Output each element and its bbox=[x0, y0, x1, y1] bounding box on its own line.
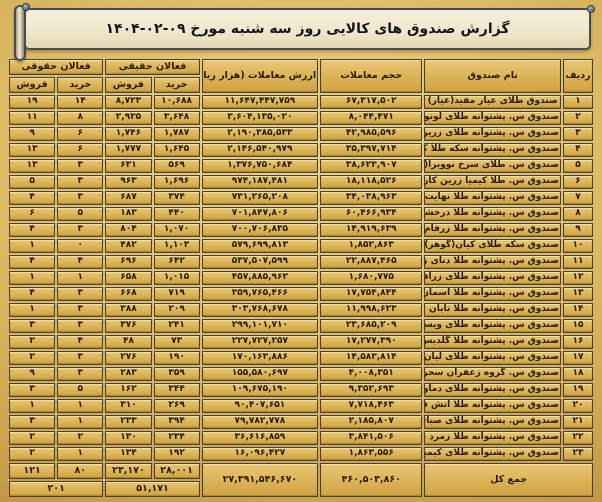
table-row: ۴ صندوق س. پشتوانه سکه طلا کهربا(کهربا) … bbox=[9, 143, 593, 157]
value-cell: ۲۲۷,۷۲۷,۲۵۷ bbox=[202, 335, 318, 349]
legal-sell-cell: ۳ bbox=[9, 415, 55, 429]
volume-cell: ۱,۸۵۲,۸۶۳ bbox=[320, 239, 422, 253]
legal-sell-cell: ۴ bbox=[9, 191, 55, 205]
volume-cell: ۲۲,۸۸۷,۴۶۵ bbox=[320, 255, 422, 269]
legal-sell-cell: ۱ bbox=[9, 239, 55, 253]
table-row: ۱۵ صندوق س. پشتوانه طلای ویستا(زروان) ۲۳… bbox=[9, 319, 593, 333]
table-row: ۱۹ صندوق س. پشتوانه طلای دماوند(قیراط) ۹… bbox=[9, 383, 593, 397]
value-cell: ۱۵۵,۵۸۰,۶۹۷ bbox=[202, 367, 318, 381]
real-sell-cell: ۳۱۰ bbox=[105, 399, 151, 413]
fund-name-cell: صندوق س. پشتوانه طلای صبا(نفیس) bbox=[424, 415, 560, 429]
legal-buy-cell: ۳ bbox=[57, 351, 103, 365]
value-cell: ۵۷۹,۶۹۹,۸۱۳ bbox=[202, 239, 318, 253]
value-cell: ۳۶,۶۱۶,۸۵۹ bbox=[202, 431, 318, 445]
header-row-number: ردیف bbox=[563, 59, 593, 93]
row-number-cell: ۱۸ bbox=[563, 367, 593, 381]
row-number-cell: ۲ bbox=[563, 111, 593, 125]
fund-name-cell: صندوق س. پشتوانه طلای لوتوس(طلا) bbox=[424, 111, 560, 125]
row-number-cell: ۱۹ bbox=[563, 383, 593, 397]
header-real-group: فعالان حقیقی bbox=[105, 59, 199, 75]
totals-value: ۲۷,۳۹۱,۵۴۶,۶۷۰ bbox=[202, 463, 318, 497]
real-buy-cell: ۳۴۴ bbox=[154, 383, 200, 397]
table-row: ۱۶ صندوق س. پشتوانه طلا گلدیس نوین(گلدیس… bbox=[9, 335, 593, 349]
legal-sell-cell: ۹ bbox=[9, 367, 55, 381]
legal-sell-cell: ۱ bbox=[9, 399, 55, 413]
value-cell: ۷۹,۷۸۲,۷۷۸ bbox=[202, 415, 318, 429]
legal-buy-cell: ۳ bbox=[57, 223, 103, 237]
real-sell-cell: ۶۸۷ bbox=[105, 191, 151, 205]
volume-cell: ۱,۶۸۰,۷۷۵ bbox=[320, 271, 422, 285]
table-row: ۱۰ صندوق سکه طلای کیان(گوهر) ۱,۸۵۲,۸۶۳ ۵… bbox=[9, 239, 593, 253]
real-buy-cell: ۳۹۴ bbox=[154, 415, 200, 429]
value-cell: ۱,۳۷۶,۷۵۰,۶۸۴ bbox=[202, 159, 318, 173]
row-number-cell: ۵ bbox=[563, 159, 593, 173]
legal-buy-cell: ۳ bbox=[57, 303, 103, 317]
value-cell: ۳۵۹,۷۶۵,۴۶۶ bbox=[202, 287, 318, 301]
fund-name-cell: صندوق س. پشتوانه طلای ویستا(زروان) bbox=[424, 319, 560, 333]
header-real-buy: خرید bbox=[154, 77, 200, 93]
legal-sell-cell: ۴ bbox=[9, 255, 55, 269]
volume-cell: ۴,۰۰۸,۳۵۱ bbox=[320, 367, 422, 381]
legal-sell-cell: ۱۳ bbox=[9, 143, 55, 157]
table-row: ۲۱ صندوق س. پشتوانه طلای صبا(نفیس) ۲,۱۸۵… bbox=[9, 415, 593, 429]
fund-name-cell: صندوق س. پشتوانه طلا درخشان آبان(درخشان) bbox=[424, 207, 560, 221]
real-buy-cell: ۳۵۹ bbox=[154, 367, 200, 381]
real-buy-cell: ۳,۶۴۸ bbox=[154, 111, 200, 125]
real-sell-cell: ۴۸۲ bbox=[105, 239, 151, 253]
table-row: ۲ صندوق س. پشتوانه طلای لوتوس(طلا) ۸,۰۴۴… bbox=[9, 111, 593, 125]
legal-sell-cell: ۴ bbox=[9, 287, 55, 301]
legal-buy-cell: ۰ bbox=[57, 239, 103, 253]
legal-sell-cell: ۱ bbox=[9, 303, 55, 317]
fund-name-cell: صندوق س. گروه زعفران سحرخیز(سحرخیز) bbox=[424, 367, 560, 381]
real-buy-cell: ۱,۷۸۷ bbox=[154, 127, 200, 141]
real-sell-cell: ۸,۷۲۳ bbox=[105, 95, 151, 109]
row-number-cell: ۱۳ bbox=[563, 287, 593, 301]
row-number-cell: ۲۲ bbox=[563, 431, 593, 445]
table-row: ۱ صندوق طلای عیار مفید(عیار) ۶۷,۳۱۷,۵۰۲ … bbox=[9, 95, 593, 109]
legal-buy-cell: ۴ bbox=[57, 255, 103, 269]
volume-cell: ۸,۰۴۴,۴۷۱ bbox=[320, 111, 422, 125]
table-row: ۱۳ صندوق س. پشتوانه طلا آسمان آلتون(آلتو… bbox=[9, 287, 593, 301]
fund-name-cell: صندوق س. پشتوانه طلا زرفام آشنا(زرفام) bbox=[424, 223, 560, 237]
value-cell: ۳۰۳,۷۶۸,۶۷۸ bbox=[202, 303, 318, 317]
legal-sell-cell: ۱۹ bbox=[9, 95, 55, 109]
totals-real-sell: ۲۳,۱۷۰ bbox=[105, 463, 151, 479]
real-sell-cell: ۱۸۳ bbox=[105, 207, 151, 221]
legal-sell-cell: ۴ bbox=[9, 223, 55, 237]
value-cell: ۱۷۰,۱۶۳,۸۸۶ bbox=[202, 351, 318, 365]
real-buy-cell: ۱۰,۶۸۸ bbox=[154, 95, 200, 109]
fund-name-cell: صندوق س. پشتوانه طلای زرین آگاه(مثقال) bbox=[424, 127, 560, 141]
header-fund-name: نام صندوق bbox=[424, 59, 560, 93]
legal-buy-cell: ۱۴ bbox=[57, 95, 103, 109]
value-cell: ۹۷۴,۱۸۷,۴۸۱ bbox=[202, 175, 318, 189]
legal-buy-cell: ۱ bbox=[57, 271, 103, 285]
value-cell: ۱۱,۶۴۷,۴۴۷,۷۵۹ bbox=[202, 95, 318, 109]
fund-name-cell: صندوق طلای عیار مفید(عیار) bbox=[424, 95, 560, 109]
legal-sell-cell: ۹ bbox=[9, 127, 55, 141]
volume-cell: ۱۴,۹۱۹,۶۳۹ bbox=[320, 223, 422, 237]
real-buy-cell: ۲۴۱ bbox=[154, 319, 200, 333]
legal-buy-cell: ۳ bbox=[57, 159, 103, 173]
volume-cell: ۳۸,۶۲۳,۹۰۷ bbox=[320, 159, 422, 173]
legal-sell-cell: ۲ bbox=[9, 447, 55, 461]
real-sell-cell: ۲۸۳ bbox=[105, 367, 151, 381]
value-cell: ۷۰۱,۸۴۷,۸۰۶ bbox=[202, 207, 318, 221]
legal-buy-cell: ۲ bbox=[57, 431, 103, 445]
value-cell: ۷۳۱,۲۶۵,۲۰۸ bbox=[202, 191, 318, 205]
real-buy-cell: ۵۶۹ bbox=[154, 159, 200, 173]
title-banner: گزارش صندوق های کالایی روز سه شنبه مورخ … bbox=[8, 5, 594, 55]
real-buy-cell: ۱,۰۱۵ bbox=[154, 271, 200, 285]
header-legal-buy: خرید bbox=[57, 77, 103, 93]
real-buy-cell: ۳۷۴ bbox=[154, 191, 200, 205]
legal-buy-cell: ۶ bbox=[57, 127, 103, 141]
fund-name-cell: صندوق س. پشتوانه طلا نهایت نگر(ناب) bbox=[424, 191, 560, 205]
legal-buy-cell: ۱ bbox=[57, 415, 103, 429]
fund-name-cell: صندوق س. پشتوانه سکه طلا کهربا(کهربا) bbox=[424, 143, 560, 157]
volume-cell: ۱,۸۶۳,۵۵۶ bbox=[320, 447, 422, 461]
volume-cell: ۴۲,۹۸۵,۵۹۶ bbox=[320, 127, 422, 141]
row-number-cell: ۸ bbox=[563, 207, 593, 221]
real-buy-cell: ۱,۰۷۰ bbox=[154, 223, 200, 237]
table-row: ۸ صندوق س. پشتوانه طلا درخشان آبان(درخشا… bbox=[9, 207, 593, 221]
real-buy-cell: ۱۹۰ bbox=[154, 351, 200, 365]
header-legal-sell: فروش bbox=[9, 77, 55, 93]
row-number-cell: ۲۰ bbox=[563, 399, 593, 413]
legal-buy-cell: ۳ bbox=[57, 367, 103, 381]
table-row: ۲۰ صندوق س. پشتوانه طلا آتش فیروزه(آتش) … bbox=[9, 399, 593, 413]
row-number-cell: ۱۰ bbox=[563, 239, 593, 253]
table-row: ۲۳ صندوق س. پشتوانه طلای کیمیا(امرالد) ۱… bbox=[9, 447, 593, 461]
table-row: ۱۷ صندوق س. پشتوانه طلای لیان(لیان) ۱۴,۵… bbox=[9, 351, 593, 365]
header-volume: حجم معاملات bbox=[320, 59, 422, 93]
real-sell-cell: ۱۶۲ bbox=[105, 383, 151, 397]
table-footer: جمع کل ۴۶۰,۵۰۳,۸۶۰ ۲۷,۳۹۱,۵۴۶,۶۷۰ ۲۸,۰۰۱… bbox=[9, 463, 593, 497]
fund-name-cell: صندوق س. پشتوانه طلا آسمان آلتون(آلتون) bbox=[424, 287, 560, 301]
volume-cell: ۱۷,۲۷۷,۳۹۰ bbox=[320, 335, 422, 349]
row-number-cell: ۶ bbox=[563, 175, 593, 189]
row-number-cell: ۱ bbox=[563, 95, 593, 109]
row-number-cell: ۳ bbox=[563, 127, 593, 141]
volume-cell: ۱۷,۷۵۴,۸۴۴ bbox=[320, 287, 422, 301]
real-buy-cell: ۲۰۹ bbox=[154, 303, 200, 317]
row-number-cell: ۲۱ bbox=[563, 415, 593, 429]
fund-name-cell: صندوق س. پشتوانه طلا زمرد بیدار(زمرد) bbox=[424, 431, 560, 445]
legal-buy-cell: ۶ bbox=[57, 143, 103, 157]
value-cell: ۲,۱۹۰,۳۸۵,۵۳۳ bbox=[202, 127, 318, 141]
real-sell-cell: ۶۶۸ bbox=[105, 287, 151, 301]
row-number-cell: ۱۵ bbox=[563, 319, 593, 333]
legal-sell-cell: ۱ bbox=[9, 271, 55, 285]
real-sell-cell: ۱۳۴ bbox=[105, 447, 151, 461]
real-sell-cell: ۲۷۶ bbox=[105, 351, 151, 365]
table-row: ۹ صندوق س. پشتوانه طلا زرفام آشنا(زرفام)… bbox=[9, 223, 593, 237]
totals-real-combined: ۵۱,۱۷۱ bbox=[105, 481, 199, 497]
table-row: ۱۲ صندوق س. پشتوانه طلای زرافشان(زر) ۱,۶… bbox=[9, 271, 593, 285]
value-cell: ۵۳۷,۵۰۷,۵۹۹ bbox=[202, 255, 318, 269]
totals-label: جمع کل bbox=[424, 463, 593, 497]
funds-report-table: ردیف نام صندوق حجم معاملات ارزش معاملات … bbox=[7, 57, 595, 499]
real-sell-cell: ۲۳۳ bbox=[105, 415, 151, 429]
table-row: ۱۱ صندوق س. پشتوانه طلا دنای زاگرس(جواهر… bbox=[9, 255, 593, 269]
legal-buy-cell: ۱ bbox=[57, 447, 103, 461]
fund-name-cell: صندوق س. پشتوانه طلای لیان(لیان) bbox=[424, 351, 560, 365]
real-sell-cell: ۶۹۶ bbox=[105, 255, 151, 269]
real-buy-cell: ۱,۶۹۶ bbox=[154, 175, 200, 189]
table-header: ردیف نام صندوق حجم معاملات ارزش معاملات … bbox=[9, 59, 593, 93]
fund-name-cell: صندوق س. پشتوانه طلای کیمیا(امرالد) bbox=[424, 447, 560, 461]
real-sell-cell: ۶۵۸ bbox=[105, 271, 151, 285]
legal-sell-cell: ۲ bbox=[9, 335, 55, 349]
table-row: ۷ صندوق س. پشتوانه طلا نهایت نگر(ناب) ۳۴… bbox=[9, 191, 593, 205]
real-buy-cell: ۲۳۴ bbox=[154, 431, 200, 445]
real-buy-cell: ۷۳ bbox=[154, 335, 200, 349]
real-sell-cell: ۳۷۶ bbox=[105, 319, 151, 333]
fund-name-cell: صندوق س. پشتوانه طلا آتش فیروزه(آتش) bbox=[424, 399, 560, 413]
table-row: ۱۸ صندوق س. گروه زعفران سحرخیز(سحرخیز) ۴… bbox=[9, 367, 593, 381]
header-value: ارزش معاملات (هزار ریال) bbox=[202, 59, 318, 93]
legal-buy-cell: ۴ bbox=[57, 335, 103, 349]
real-sell-cell: ۳۸۸ bbox=[105, 303, 151, 317]
fund-name-cell: صندوق س. پشتوانه طلا تابان تمدن(تابش) bbox=[424, 303, 560, 317]
volume-cell: ۱۸,۱۱۸,۵۲۶ bbox=[320, 175, 422, 189]
legal-buy-cell: ۵ bbox=[57, 383, 103, 397]
volume-cell: ۱۱,۹۹۸,۶۲۳ bbox=[320, 303, 422, 317]
row-number-cell: ۷ bbox=[563, 191, 593, 205]
legal-sell-cell: ۳ bbox=[9, 383, 55, 397]
pin-icon bbox=[22, 3, 30, 11]
value-cell: ۹۰,۴۰۷,۶۵۱ bbox=[202, 399, 318, 413]
legal-sell-cell: ۶ bbox=[9, 207, 55, 221]
real-sell-cell: ۹۶۳ bbox=[105, 175, 151, 189]
legal-buy-cell: ۸ bbox=[57, 111, 103, 125]
real-sell-cell: ۱۳۰ bbox=[105, 431, 151, 445]
real-buy-cell: ۴۴۰ bbox=[154, 207, 200, 221]
volume-cell: ۲,۱۸۵,۸۰۷ bbox=[320, 415, 422, 429]
table-row: ۱۴ صندوق س. پشتوانه طلا تابان تمدن(تابش)… bbox=[9, 303, 593, 317]
table-row: ۶ صندوق س. طلا کیمیا زرین کاردان(گنج) ۱۸… bbox=[9, 175, 593, 189]
row-number-cell: ۱۴ bbox=[563, 303, 593, 317]
real-buy-cell: ۲۶۹ bbox=[154, 399, 200, 413]
real-sell-cell: ۴۸ bbox=[105, 335, 151, 349]
totals-legal-sell: ۱۲۱ bbox=[9, 463, 55, 479]
table-body: ۱ صندوق طلای عیار مفید(عیار) ۶۷,۳۱۷,۵۰۲ … bbox=[9, 95, 593, 461]
value-cell: ۲۹۹,۱۰۱,۷۱۰ bbox=[202, 319, 318, 333]
value-cell: ۷۰۰,۷۰۶,۸۳۵ bbox=[202, 223, 318, 237]
row-number-cell: ۱۷ bbox=[563, 351, 593, 365]
legal-buy-cell: ۵ bbox=[57, 207, 103, 221]
legal-sell-cell: ۲ bbox=[9, 351, 55, 365]
row-number-cell: ۱۶ bbox=[563, 335, 593, 349]
volume-cell: ۲۳,۶۸۵,۲۰۹ bbox=[320, 319, 422, 333]
banner-scroll: گزارش صندوق های کالایی روز سه شنبه مورخ … bbox=[24, 8, 591, 50]
real-buy-cell: ۶۴۲ bbox=[154, 255, 200, 269]
value-cell: ۴۵۷,۸۸۵,۹۶۲ bbox=[202, 271, 318, 285]
value-cell: ۱۰۹,۶۷۵,۱۹۰ bbox=[202, 383, 318, 397]
table-row: ۵ صندوق س. طلای سرخ نوویرا(نهال) ۳۸,۶۲۳,… bbox=[9, 159, 593, 173]
legal-sell-cell: ۵ bbox=[9, 175, 55, 189]
real-sell-cell: ۱,۷۴۶ bbox=[105, 127, 151, 141]
real-buy-cell: ۱۹۲ bbox=[154, 447, 200, 461]
row-number-cell: ۱۲ bbox=[563, 271, 593, 285]
legal-buy-cell: ۳ bbox=[57, 175, 103, 189]
row-number-cell: ۴ bbox=[563, 143, 593, 157]
row-number-cell: ۲۳ bbox=[563, 447, 593, 461]
fund-name-cell: صندوق سکه طلای کیان(گوهر) bbox=[424, 239, 560, 253]
volume-cell: ۳۵,۳۹۷,۷۱۴ bbox=[320, 143, 422, 157]
volume-cell: ۷,۷۱۸,۴۶۳ bbox=[320, 399, 422, 413]
row-number-cell: ۱۱ bbox=[563, 255, 593, 269]
volume-cell: ۹,۳۵۲,۶۹۳ bbox=[320, 383, 422, 397]
totals-legal-buy: ۸۰ bbox=[57, 463, 103, 479]
real-sell-cell: ۶۳۱ bbox=[105, 159, 151, 173]
pin-icon bbox=[587, 5, 595, 13]
value-cell: ۱۶,۰۹۶,۴۲۷ bbox=[202, 447, 318, 461]
legal-sell-cell: ۱۳ bbox=[9, 159, 55, 173]
volume-cell: ۱۴,۵۸۳,۸۱۴ bbox=[320, 351, 422, 365]
fund-name-cell: صندوق س. پشتوانه طلا دنای زاگرس(جواهر) bbox=[424, 255, 560, 269]
row-number-cell: ۹ bbox=[563, 223, 593, 237]
table-row: ۲۲ صندوق س. پشتوانه طلا زمرد بیدار(زمرد)… bbox=[9, 431, 593, 445]
totals-volume: ۴۶۰,۵۰۳,۸۶۰ bbox=[320, 463, 422, 497]
real-sell-cell: ۱,۷۷۷ bbox=[105, 143, 151, 157]
legal-buy-cell: ۳ bbox=[57, 287, 103, 301]
legal-sell-cell: ۱۱ bbox=[9, 111, 55, 125]
totals-real-buy: ۲۸,۰۰۱ bbox=[154, 463, 200, 479]
volume-cell: ۶۷,۳۱۷,۵۰۲ bbox=[320, 95, 422, 109]
table-row: ۳ صندوق س. پشتوانه طلای زرین آگاه(مثقال)… bbox=[9, 127, 593, 141]
header-legal-group: فعالان حقوقی bbox=[9, 59, 103, 75]
volume-cell: ۶۰,۴۶۶,۹۳۴ bbox=[320, 207, 422, 221]
value-cell: ۳,۶۰۴,۱۳۵,۰۲۰ bbox=[202, 111, 318, 125]
legal-buy-cell: ۱ bbox=[57, 399, 103, 413]
legal-sell-cell: ۳ bbox=[9, 319, 55, 333]
legal-buy-cell: ۳ bbox=[57, 319, 103, 333]
real-sell-cell: ۲,۹۳۵ bbox=[105, 111, 151, 125]
value-cell: ۲,۱۴۶,۵۴۰,۹۷۹ bbox=[202, 143, 318, 157]
legal-sell-cell: ۲ bbox=[9, 431, 55, 445]
fund-name-cell: صندوق س. پشتوانه طلا گلدیس نوین(گلدیس) bbox=[424, 335, 560, 349]
fund-name-cell: صندوق س. پشتوانه طلای دماوند(قیراط) bbox=[424, 383, 560, 397]
real-buy-cell: ۷۱۹ bbox=[154, 287, 200, 301]
real-sell-cell: ۸۰۴ bbox=[105, 223, 151, 237]
totals-legal-combined: ۲۰۱ bbox=[9, 481, 103, 497]
volume-cell: ۳,۸۴۱,۵۰۶ bbox=[320, 431, 422, 445]
real-buy-cell: ۱,۱۰۳ bbox=[154, 239, 200, 253]
legal-buy-cell: ۳ bbox=[57, 191, 103, 205]
header-real-sell: فروش bbox=[105, 77, 151, 93]
fund-name-cell: صندوق س. طلای سرخ نوویرا(نهال) bbox=[424, 159, 560, 173]
volume-cell: ۳۴,۰۳۸,۹۶۳ bbox=[320, 191, 422, 205]
real-buy-cell: ۱,۶۴۵ bbox=[154, 143, 200, 157]
fund-name-cell: صندوق س. طلا کیمیا زرین کاردان(گنج) bbox=[424, 175, 560, 189]
fund-name-cell: صندوق س. پشتوانه طلای زرافشان(زر) bbox=[424, 271, 560, 285]
page-title: گزارش صندوق های کالایی روز سه شنبه مورخ … bbox=[106, 21, 510, 37]
